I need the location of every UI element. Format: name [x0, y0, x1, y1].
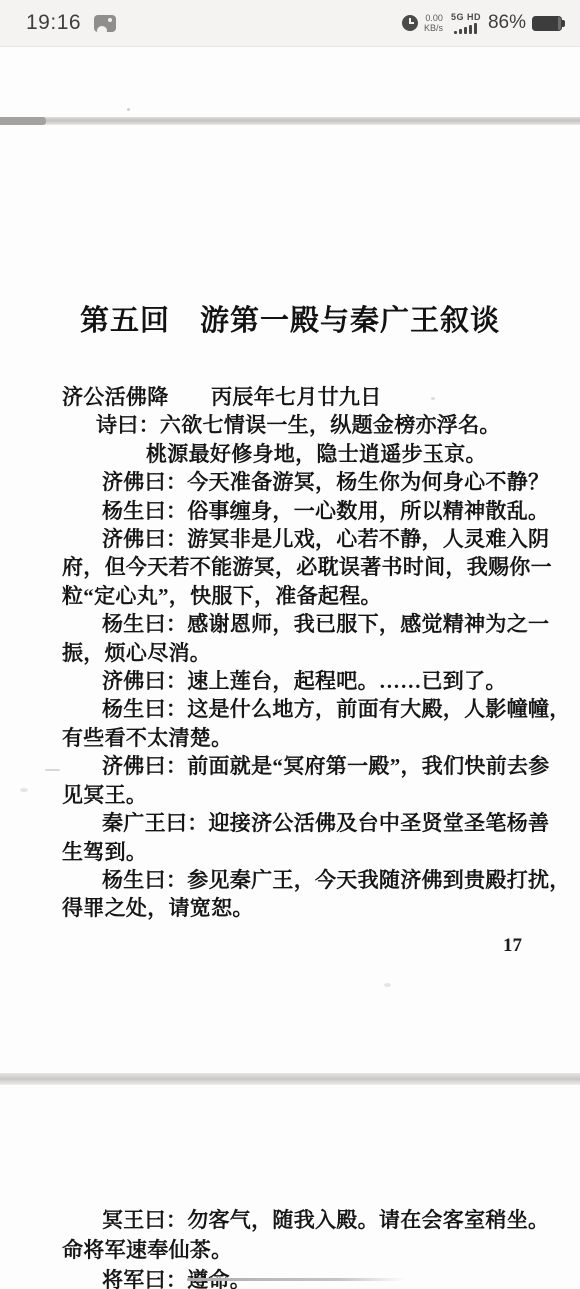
- book-text-line: 诗曰：六欲七情误一生，纵题金榜亦浮名。: [62, 411, 580, 439]
- chapter-title: 第五回 游第一殿与秦广王叙谈: [0, 298, 580, 339]
- book-text-line: 桃源最好修身地，隐士逍遥步玉京。: [62, 440, 580, 468]
- clock-time: 19:16: [26, 11, 81, 35]
- reader-scroll-area[interactable]: 第五回 游第一殿与秦广王叙谈 济公活佛降 丙辰年七月廿九日诗曰：六欲七情误一生，…: [0, 48, 580, 1289]
- status-bar-right: 0.00 KB/s 5G HD 86%: [402, 12, 566, 34]
- scan-artifact: [45, 769, 60, 771]
- network-speed-unit: KB/s: [424, 23, 443, 33]
- signal-indicator: 5G HD: [451, 12, 481, 34]
- book-text-line: 秦广王曰：迎接济公活佛及台中圣贤堂圣笔杨善: [62, 809, 580, 837]
- book-body-text: 济公活佛降 丙辰年七月廿九日诗曰：六欲七情误一生，纵题金榜亦浮名。桃源最好修身地…: [0, 383, 580, 923]
- book-body-text-next: 冥王曰：勿客气，随我入殿。请在会客室稍坐。命将军速奉仙茶。将军曰：遵命。: [0, 1205, 580, 1289]
- book-text-line: 冥王曰：勿客气，随我入殿。请在会客室稍坐。: [62, 1205, 580, 1235]
- book-page-current: 第五回 游第一殿与秦广王叙谈 济公活佛降 丙辰年七月廿九日诗曰：六欲七情误一生，…: [0, 125, 580, 1073]
- page-number: 17: [503, 935, 522, 957]
- book-text-line: 杨生曰：这是什么地方，前面有大殿，人影幢幢，: [62, 695, 580, 723]
- network-speed-value: 0.00: [425, 13, 443, 23]
- book-text-line: 杨生曰：感谢恩师，我已服下，感觉精神为之一: [62, 610, 580, 638]
- battery-icon: [532, 16, 562, 31]
- book-text-line: 济公活佛降 丙辰年七月廿九日: [62, 383, 580, 411]
- network-type-label: 5G HD: [451, 12, 481, 22]
- scan-artifact: [20, 788, 28, 792]
- book-page-next: 冥王曰：勿客气，随我入殿。请在会客室稍坐。命将军速奉仙茶。将军曰：遵命。: [0, 1085, 580, 1289]
- scan-artifact: [127, 108, 130, 111]
- book-text-line: 命将军速奉仙茶。: [62, 1235, 580, 1265]
- page-separator-shadow: [0, 117, 46, 125]
- book-text-line: 济佛曰：游冥非是儿戏，心若不静，人灵难入阴: [62, 525, 580, 553]
- scan-artifact: [384, 983, 391, 987]
- network-speed-indicator: 0.00 KB/s: [424, 13, 443, 33]
- book-text-line: 杨生曰：俗事缠身，一心数用，所以精神散乱。: [62, 497, 580, 525]
- book-text-line: 杨生曰：参见秦广王，今天我随济佛到贵殿打扰，: [62, 866, 580, 894]
- previous-page-bottom: [0, 48, 580, 117]
- book-text-line: 见冥王。: [62, 781, 580, 809]
- status-bar-left: 19:16: [26, 11, 116, 35]
- book-text-line: 济佛曰：今天准备游冥，杨生你为何身心不静？: [62, 468, 580, 496]
- gallery-icon: [94, 15, 116, 32]
- book-text-line: 粒“定心丸”，快服下，准备起程。: [62, 582, 580, 610]
- status-bar: 19:16 0.00 KB/s 5G HD 86%: [0, 0, 580, 47]
- book-text-line: 济佛曰：前面就是“冥府第一殿”，我们快前去参: [62, 752, 580, 780]
- battery-percent-label: 86%: [488, 12, 526, 34]
- book-text-line: 得罪之处，请宽恕。: [62, 894, 580, 922]
- page-separator-top: [0, 117, 580, 125]
- alarm-clock-icon: [402, 15, 418, 31]
- page-separator-bottom: [0, 1073, 580, 1085]
- phone-screen: 19:16 0.00 KB/s 5G HD 86% 第五回 游: [0, 0, 580, 1289]
- scan-artifact: [431, 397, 435, 400]
- book-horizontal-rule: [187, 1278, 405, 1281]
- signal-bars-icon: [454, 23, 477, 34]
- book-text-line: 有些看不太清楚。: [62, 724, 580, 752]
- book-text-line: 府，但今天若不能游冥，必耽误著书时间，我赐你一: [62, 553, 580, 581]
- book-text-line: 将军曰：遵命。: [62, 1265, 580, 1289]
- book-text-line: 济佛曰：速上莲台，起程吧。……已到了。: [62, 667, 580, 695]
- book-text-line: 生驾到。: [62, 838, 580, 866]
- book-text-line: 振，烦心尽消。: [62, 639, 580, 667]
